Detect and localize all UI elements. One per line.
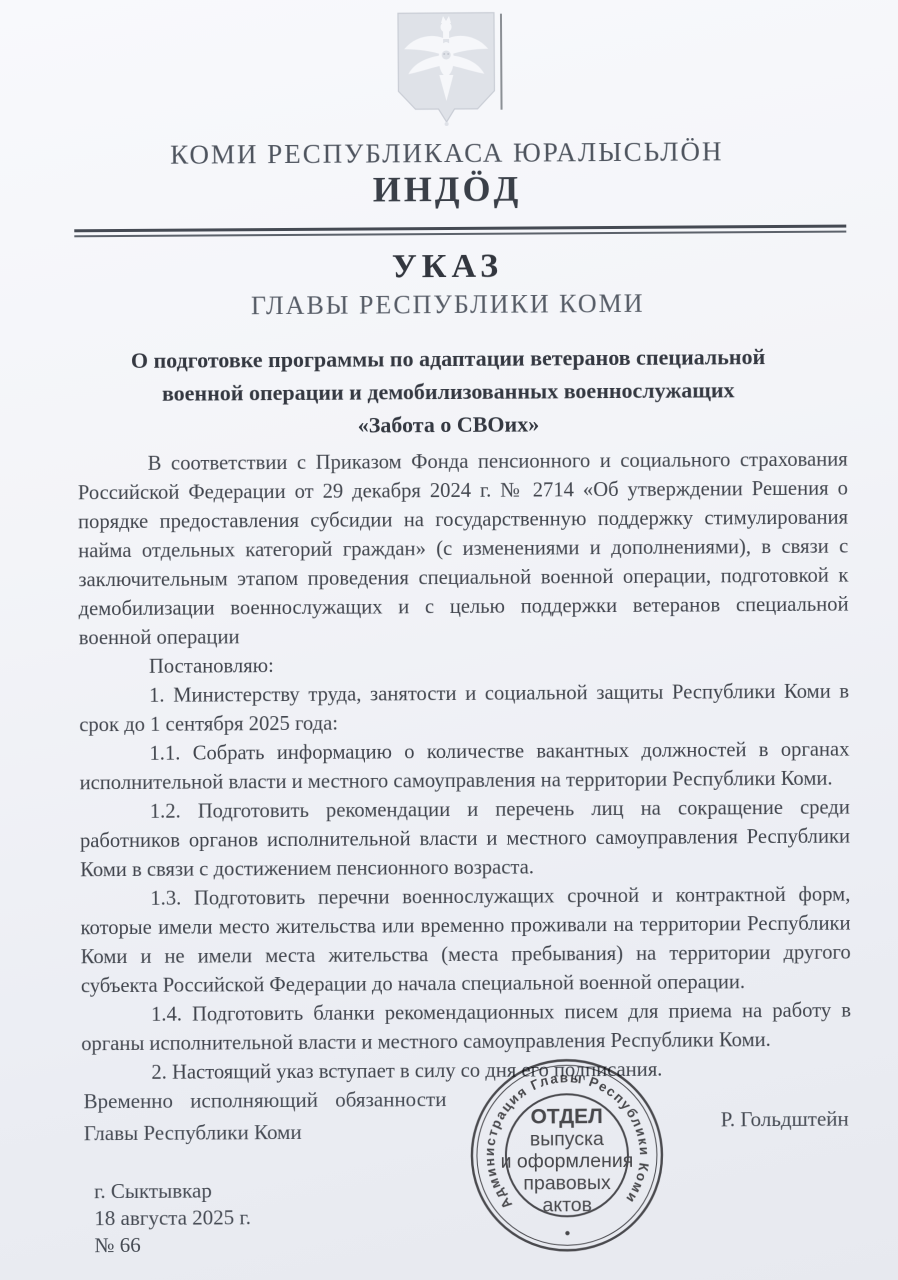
stamp-center-line4: правовых [523,1172,611,1195]
paragraph-item-1-1: 1.1. Собрать информацию о количестве вак… [79,736,849,799]
doc-footer: г. Сыктывкар 18 августа 2025 г. № 66 [94,1177,251,1259]
signer-name: Р. Гольдштейн [721,1107,849,1146]
stamp-center-line2: выпуска [530,1128,604,1150]
doc-type-title: УКАЗ [0,245,897,288]
coat-of-arms-graphic [396,10,497,129]
paragraph-item-1-4: 1.4. Подготовить бланки рекомендационных… [81,997,851,1060]
signer-position: Временно исполняющий обязанности Главы Р… [83,1083,446,1149]
scanned-decree-page: КОМИ РЕСПУБЛИКАСА ЮРАЛЫСЬЛÖН ИНДÖД УКАЗ … [0,0,898,1280]
paragraph-item-1: 1. Министерству труда, занятости и социа… [79,678,849,741]
doc-subject-title: О подготовке программы по адаптации вете… [128,340,769,443]
stamp-graphic: Администрация Главы Республики Коми ОТДЕ… [466,1055,667,1256]
shield-knob [445,122,449,126]
doc-date: 18 августа 2025 г. [94,1204,251,1232]
official-round-stamp: Администрация Главы Республики Коми ОТДЕ… [466,1055,667,1256]
header-double-rule [74,225,846,238]
doc-body: В соответствии с Приказом Фонда пенсионн… [78,446,852,1089]
org-doc-word-komi: ИНДÖД [0,165,896,212]
doc-issuer: ГЛАВЫ РЕСПУБЛИКИ КОМИ [0,287,897,322]
face-on-chest [442,50,451,59]
scan-tilt-wrapper: КОМИ РЕСПУБЛИКАСА ЮРАЛЫСЬЛÖН ИНДÖД УКАЗ … [0,0,898,1280]
stamp-center-line3: и оформления [501,1150,634,1173]
doc-number: № 66 [94,1231,251,1259]
paragraph-item-1-2: 1.2. Подготовить рекомендации и перечень… [80,794,851,886]
paragraph-resolve: Постановляю: [79,649,849,683]
doc-place: г. Сыктывкар [94,1177,251,1205]
stamp-bottom-dot: • [565,1225,571,1242]
stamp-center-line1: ОТДЕЛ [530,1105,602,1128]
komi-coat-of-arms [396,10,497,129]
signer-position-line1: Временно исполняющий обязанности [83,1083,446,1117]
paragraph-item-1-3: 1.3. Подготовить перечни военнослужащих … [80,881,851,1002]
stamp-center-line5: актов [542,1194,592,1216]
signer-position-line2: Главы Республики Коми [84,1115,447,1149]
scan-artifact-line [500,14,503,110]
paragraph-preamble: В соответствии с Приказом Фонда пенсионн… [78,446,849,654]
